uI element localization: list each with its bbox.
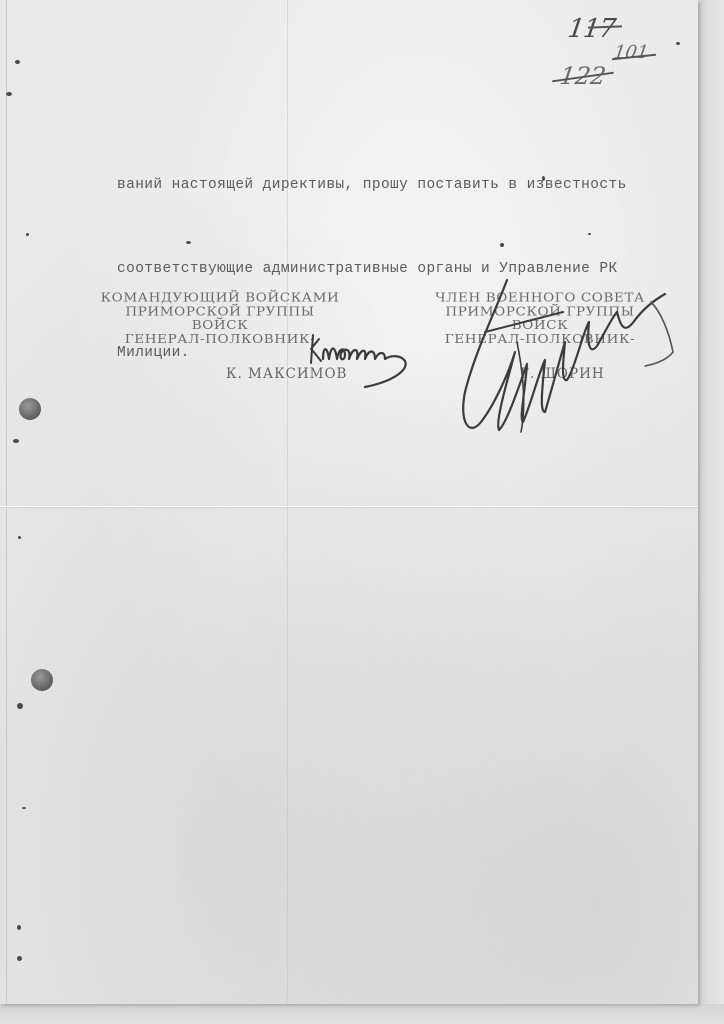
ink-speck xyxy=(676,42,680,45)
ink-speck xyxy=(15,60,20,64)
ink-speck xyxy=(22,807,26,809)
title-line: ЧЛЕН ВОЕННОГО СОВЕТА xyxy=(420,291,660,305)
signatory-name-left: К. МАКСИМОВ xyxy=(226,366,347,382)
signatory-title-left: КОМАНДУЮЩИЙ ВОЙСКАМИ ПРИМОРСКОЙ ГРУППЫ В… xyxy=(100,291,340,346)
document-page: 117 122 101 ваний настоящей директивы, п… xyxy=(0,0,698,1004)
ink-speck xyxy=(17,956,22,961)
ink-speck xyxy=(26,233,29,236)
title-line: ПРИМОРСКОЙ ГРУППЫ ВОЙСК xyxy=(420,305,660,333)
ink-speck xyxy=(13,439,19,443)
ink-speck xyxy=(588,233,591,235)
fold-crease-horizontal xyxy=(0,506,698,507)
ink-speck xyxy=(542,176,545,181)
body-line: соответствующие административные органы … xyxy=(117,255,677,283)
ink-speck xyxy=(186,241,191,244)
ink-speck xyxy=(500,243,504,247)
title-line: ГЕНЕРАЛ-ПОЛКОВНИК- xyxy=(420,333,660,347)
title-line: ГЕНЕРАЛ-ПОЛКОВНИК- xyxy=(100,333,340,347)
title-line: КОМАНДУЮЩИЙ ВОЙСКАМИ xyxy=(100,291,340,305)
ink-speck xyxy=(6,92,12,96)
scanner-edge-bottom xyxy=(0,1004,724,1024)
signatory-title-right: ЧЛЕН ВОЕННОГО СОВЕТА ПРИМОРСКОЙ ГРУППЫ В… xyxy=(420,291,660,346)
ink-speck xyxy=(18,536,21,539)
ink-speck xyxy=(17,703,23,709)
crossed-out-page-number: 101 xyxy=(613,42,650,63)
ink-speck xyxy=(17,925,21,930)
punch-hole xyxy=(19,398,41,420)
archival-page-number: 117 xyxy=(566,14,617,44)
scanner-edge-right xyxy=(698,0,724,1024)
signatory-name-right: Г. ШОРИН xyxy=(520,366,605,382)
title-line: ПРИМОРСКОЙ ГРУППЫ ВОЙСК xyxy=(100,305,340,333)
margin-line xyxy=(6,0,7,1004)
body-line: ваний настоящей директивы, прошу постави… xyxy=(117,171,677,199)
punch-hole xyxy=(31,669,53,691)
